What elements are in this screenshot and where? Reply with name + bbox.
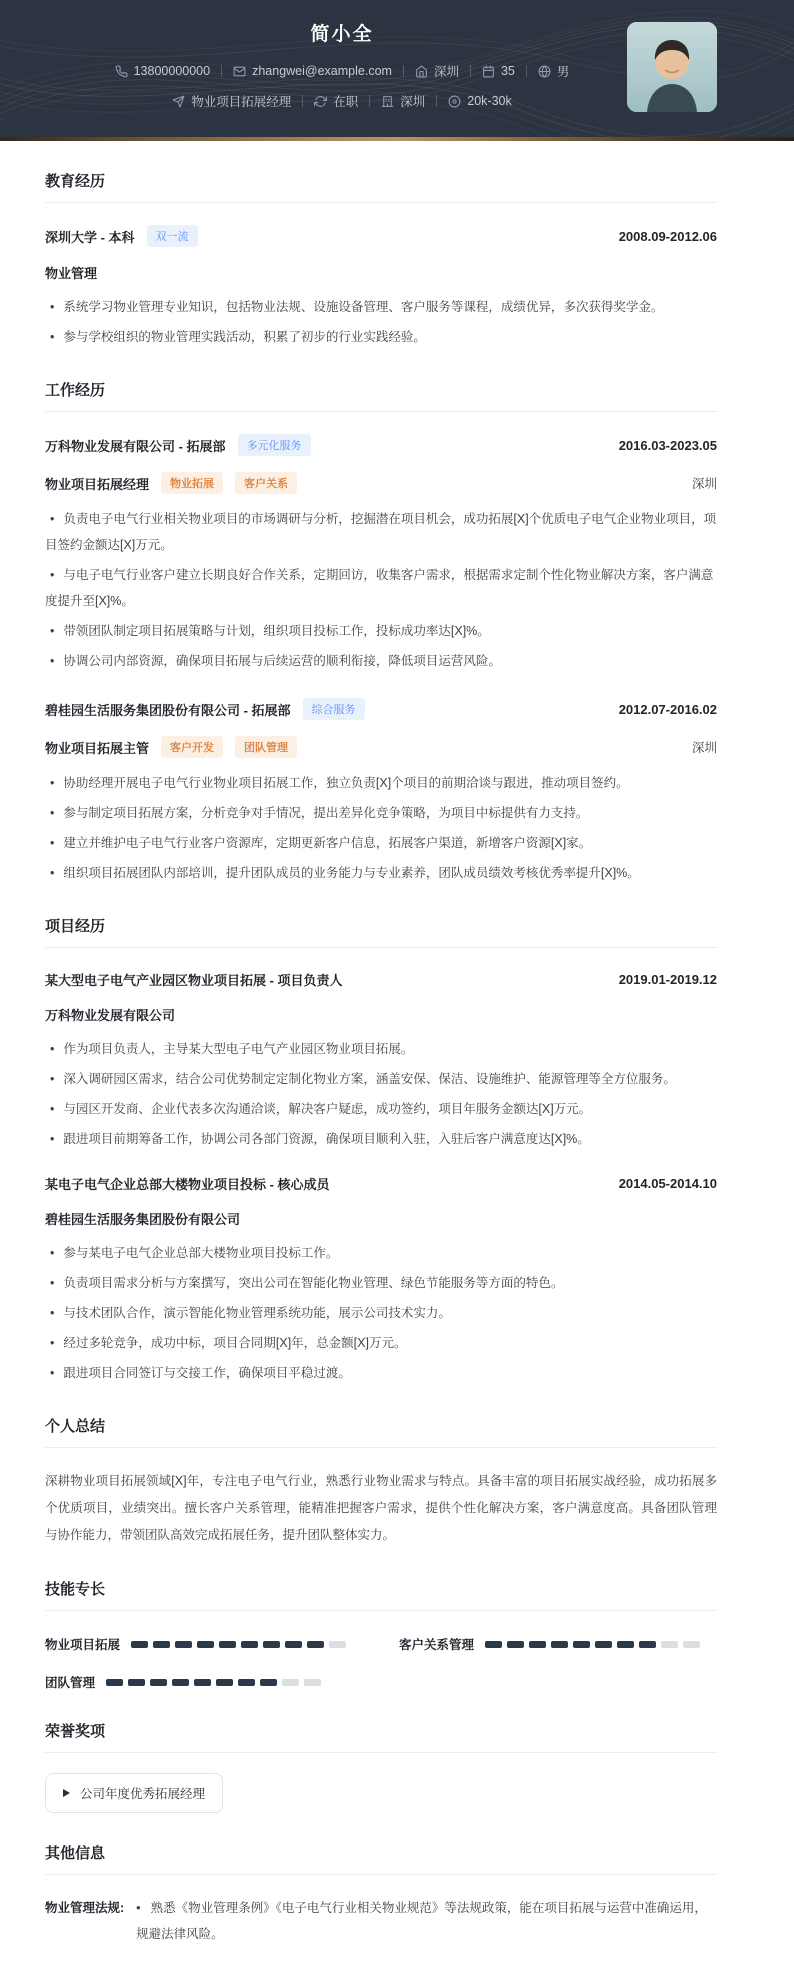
skill-segment [197,1641,214,1648]
skill-segment [131,1641,148,1648]
salary-icon [448,95,461,108]
bullet-dot: • [50,1366,54,1380]
job-title-text: 物业项目拓展经理 [191,92,291,110]
bullet-dot: • [50,1102,54,1116]
contact-row-2: 物业项目拓展经理 在职 深圳 20k-30k [172,92,512,110]
project-company: 万科物业发展有限公司 [45,1005,175,1024]
job-entry-1: 万科物业发展有限公司 - 拓展部 多元化服务 2016.03-2023.05 物… [45,434,717,674]
role-name: 物业项目拓展经理 [45,474,149,493]
job-title-item: 物业项目拓展经理 [172,92,291,110]
email-item: zhangwei@example.com [233,64,392,78]
role-tag: 团队管理 [235,736,297,758]
skill-segment [219,1641,236,1648]
list-item: •负责电子电气行业相关物业项目的市场调研与分析，挖掘潜在项目机会，成功拓展[X]… [45,506,717,558]
skill-segment [573,1641,590,1648]
gender-item: 男 [538,62,570,80]
list-item: •负责项目需求分析与方案撰写，突出公司在智能化物业管理、绿色节能服务等方面的特色… [45,1270,717,1296]
bullet-dot: • [50,1306,54,1320]
skill-segment [595,1641,612,1648]
section-title-other: 其他信息 [45,1842,717,1875]
project-header-row: 某大型电子电气产业园区物业项目拓展 - 项目负责人 2019.01-2019.1… [45,970,717,989]
skill-name: 物业项目拓展 [45,1635,120,1653]
bullet-dot: • [50,776,54,790]
skill-item: 团队管理 [45,1673,363,1691]
other-info-label: 物业管理法规: [45,1895,124,1947]
honor-item[interactable]: 公司年度优秀拓展经理 [45,1773,223,1813]
list-item: •经过多轮竞争，成功中标，项目合同期[X]年，总金额[X]万元。 [45,1330,717,1356]
section-title-summary: 个人总结 [45,1415,717,1448]
divider [369,95,370,107]
project-entry-2: 某电子电气企业总部大楼物业项目投标 - 核心成员 2014.05-2014.10… [45,1174,717,1386]
skill-segment [485,1641,502,1648]
contact-row-1: 13800000000 zhangwei@example.com 深圳 35 男 [115,62,570,80]
skill-segment [529,1641,546,1648]
divider [470,65,471,77]
divider [436,95,437,107]
city-text: 深圳 [434,62,459,80]
building-icon [381,95,394,108]
project-entry-1: 某大型电子电气产业园区物业项目拓展 - 项目负责人 2019.01-2019.1… [45,970,717,1152]
list-item: •协助经理开展电子电气行业物业项目拓展工作，独立负责[X]个项目的前期洽谈与跟进… [45,770,717,796]
bullet-dot: • [50,1336,54,1350]
other-info-row: 物业管理法规: •熟悉《物业管理条例》《电子电气行业相关物业规范》等法规政策，能… [45,1895,717,1947]
section-title-education: 教育经历 [45,170,717,203]
skill-segment [661,1641,678,1648]
job-location: 深圳 [692,474,717,492]
work-city-text: 深圳 [400,92,425,110]
job-location: 深圳 [692,738,717,756]
list-item: •跟进项目合同签订与交接工作，确保项目平稳过渡。 [45,1360,717,1386]
salary-item: 20k-30k [448,94,511,108]
skill-segment [241,1641,258,1648]
list-item: •建立并维护电子电气行业客户资源库，定期更新客户信息，拓展客户渠道，新增客户资源… [45,830,717,856]
skill-segment [153,1641,170,1648]
project-name: 某电子电气企业总部大楼物业项目投标 - 核心成员 [45,1174,330,1193]
age-item: 35 [482,64,515,78]
company-name: 碧桂园生活服务集团股份有限公司 - 拓展部 [45,700,291,719]
job-status-text: 在职 [333,92,358,110]
home-icon [415,65,428,78]
resume-header: 简小全 13800000000 zhangwei@example.com 深圳 … [0,0,794,137]
list-item: •作为项目负责人，主导某大型电子电气产业园区物业项目拓展。 [45,1036,717,1062]
skill-segment [128,1679,145,1686]
list-item: •参与制定项目拓展方案，分析竞争对手情况，提出差异化竞争策略，为项目中标提供有力… [45,800,717,826]
bullet-dot: • [50,866,54,880]
list-item: •与电子电气行业客户建立长期良好合作关系，定期回访，收集客户需求，根据需求定制个… [45,562,717,614]
school-badge: 双一流 [147,225,198,247]
gender-text: 男 [557,62,570,80]
job-bullets: •负责电子电气行业相关物业项目的市场调研与分析，挖掘潜在项目机会，成功拓展[X]… [45,506,717,674]
bullet-dot: • [50,1276,54,1290]
skill-segment [260,1679,277,1686]
role-name: 物业项目拓展主管 [45,738,149,757]
role-row: 物业项目拓展主管 客户开发 团队管理 深圳 [45,736,717,758]
globe-icon [538,65,551,78]
skill-item: 物业项目拓展 [45,1635,363,1653]
major-row: 物业管理 [45,263,717,282]
skill-segment [106,1679,123,1686]
other-info-text: •熟悉《物业管理条例》《电子电气行业相关物业规范》等法规政策，能在项目拓展与运营… [136,1895,717,1947]
skill-segment [285,1641,302,1648]
gold-accent-bar [0,137,794,141]
divider [403,65,404,77]
skill-segment [639,1641,656,1648]
skill-segment [551,1641,568,1648]
role-row: 物业项目拓展经理 物业拓展 客户关系 深圳 [45,472,717,494]
company-badge: 综合服务 [303,698,365,720]
list-item: •系统学习物业管理专业知识，包括物业法规、设施设备管理、客户服务等课程，成绩优异… [45,294,717,320]
skill-segment [263,1641,280,1648]
phone-icon [115,65,128,78]
list-item: •与技术团队合作，演示智能化物业管理系统功能，展示公司技术实力。 [45,1300,717,1326]
project-company: 碧桂园生活服务集团股份有限公司 [45,1209,240,1228]
honor-label: 公司年度优秀拓展经理 [80,1784,205,1802]
project-date: 2019.01-2019.12 [619,972,717,987]
skill-item: 客户关系管理 [399,1635,717,1653]
header-info: 简小全 13800000000 zhangwei@example.com 深圳 … [0,0,684,137]
section-education: 教育经历 深圳大学 - 本科 双一流 2008.09-2012.06 物业管理 … [45,170,717,350]
age-text: 35 [501,64,515,78]
skill-segment [329,1641,346,1648]
skill-segment [282,1679,299,1686]
skill-name: 团队管理 [45,1673,95,1691]
section-title-work: 工作经历 [45,379,717,412]
skill-bar [485,1641,700,1648]
skill-bar [106,1679,321,1686]
section-summary: 个人总结 深耕物业项目拓展领域[X]年，专注电子电气行业，熟悉行业物业需求与特点… [45,1415,717,1549]
company-name: 万科物业发展有限公司 - 拓展部 [45,436,226,455]
skill-segment [304,1679,321,1686]
skill-segment [683,1641,700,1648]
city-item: 深圳 [415,62,459,80]
bullet-dot: • [50,568,54,582]
section-skills: 技能专长 物业项目拓展 客户关系管理 团队管理 [45,1578,717,1691]
list-item: •协调公司内部资源，确保项目拓展与后续运营的顺利衔接，降低项目运营风险。 [45,648,717,674]
list-item: •深入调研园区需求，结合公司优势制定定制化物业方案，涵盖安保、保洁、设施维护、能… [45,1066,717,1092]
job-bullets: •协助经理开展电子电气行业物业项目拓展工作，独立负责[X]个项目的前期洽谈与跟进… [45,770,717,886]
project-bullets: •参与某电子电气企业总部大楼物业项目投标工作。 •负责项目需求分析与方案撰写，突… [45,1240,717,1386]
bullet-dot: • [50,1042,54,1056]
divider [221,65,222,77]
bullet-dot: • [50,624,54,638]
job-date: 2012.07-2016.02 [619,702,717,717]
skill-segment [617,1641,634,1648]
major-name: 物业管理 [45,263,97,282]
role-tag: 物业拓展 [161,472,223,494]
list-item: •组织项目拓展团队内部培训，提升团队成员的业务能力与专业素养，团队成员绩效考核优… [45,860,717,886]
skill-segment [216,1679,233,1686]
status-icon [314,95,327,108]
school-name: 深圳大学 - 本科 [45,227,135,246]
skill-segment [194,1679,211,1686]
list-item: •参与某电子电气企业总部大楼物业项目投标工作。 [45,1240,717,1266]
skill-segment [150,1679,167,1686]
resume-body: 教育经历 深圳大学 - 本科 双一流 2008.09-2012.06 物业管理 … [0,170,794,1981]
skills-grid: 物业项目拓展 客户关系管理 团队管理 [45,1635,717,1691]
job-date: 2016.03-2023.05 [619,438,717,453]
role-tag: 客户关系 [235,472,297,494]
phone-text: 13800000000 [134,64,210,78]
avatar-photo [627,22,717,112]
bullet-dot: • [50,654,54,668]
skill-bar [131,1641,346,1648]
salary-text: 20k-30k [467,94,511,108]
skill-name: 客户关系管理 [399,1635,474,1653]
bullet-dot: • [50,1132,54,1146]
section-title-honors: 荣誉奖项 [45,1720,717,1753]
skill-segment [238,1679,255,1686]
play-icon [63,1789,70,1797]
skill-segment [507,1641,524,1648]
candidate-name: 简小全 [310,19,373,46]
bullet-dot: • [50,300,54,314]
avatar-illustration [627,22,717,112]
bullet-dot: • [50,330,54,344]
education-bullets: •系统学习物业管理专业知识，包括物业法规、设施设备管理、客户服务等课程，成绩优异… [45,294,717,350]
company-row: 万科物业发展有限公司 - 拓展部 多元化服务 2016.03-2023.05 [45,434,717,456]
section-work: 工作经历 万科物业发展有限公司 - 拓展部 多元化服务 2016.03-2023… [45,379,717,886]
email-text: zhangwei@example.com [252,64,392,78]
project-name: 某大型电子电气产业园区物业项目拓展 - 项目负责人 [45,970,343,989]
section-other: 其他信息 物业管理法规: •熟悉《物业管理条例》《电子电气行业相关物业规范》等法… [45,1842,717,1947]
education-date: 2008.09-2012.06 [619,229,717,244]
project-company-row: 万科物业发展有限公司 [45,1005,717,1024]
skill-segment [175,1641,192,1648]
project-header-row: 某电子电气企业总部大楼物业项目投标 - 核心成员 2014.05-2014.10 [45,1174,717,1193]
divider [302,95,303,107]
job-status-item: 在职 [314,92,358,110]
calendar-icon [482,65,495,78]
section-honors: 荣誉奖项 公司年度优秀拓展经理 [45,1720,717,1813]
work-city-item: 深圳 [381,92,425,110]
skill-segment [172,1679,189,1686]
education-header-row: 深圳大学 - 本科 双一流 2008.09-2012.06 [45,225,717,247]
list-item: •带领团队制定项目拓展策略与计划，组织项目投标工作，投标成功率达[X]%。 [45,618,717,644]
bullet-dot: • [50,836,54,850]
divider [526,65,527,77]
bullet-dot: • [136,1901,140,1915]
phone-item: 13800000000 [115,64,210,78]
company-row: 碧桂园生活服务集团股份有限公司 - 拓展部 综合服务 2012.07-2016.… [45,698,717,720]
company-badge: 多元化服务 [238,434,311,456]
bullet-dot: • [50,512,54,526]
bullet-dot: • [50,806,54,820]
project-bullets: •作为项目负责人，主导某大型电子电气产业园区物业项目拓展。 •深入调研园区需求，… [45,1036,717,1152]
job-entry-2: 碧桂园生活服务集团股份有限公司 - 拓展部 综合服务 2012.07-2016.… [45,698,717,886]
project-date: 2014.05-2014.10 [619,1176,717,1191]
section-title-skills: 技能专长 [45,1578,717,1611]
list-item: •跟进项目前期筹备工作，协调公司各部门资源，确保项目顺利入驻，入驻后客户满意度达… [45,1126,717,1152]
section-projects: 项目经历 某大型电子电气产业园区物业项目拓展 - 项目负责人 2019.01-2… [45,915,717,1386]
list-item: •参与学校组织的物业管理实践活动，积累了初步的行业实践经验。 [45,324,717,350]
section-title-projects: 项目经历 [45,915,717,948]
bullet-dot: • [50,1246,54,1260]
summary-text: 深耕物业项目拓展领域[X]年，专注电子电气行业，熟悉行业物业需求与特点。具备丰富… [45,1468,717,1549]
project-company-row: 碧桂园生活服务集团股份有限公司 [45,1209,717,1228]
mail-icon [233,65,246,78]
list-item: •与园区开发商、企业代表多次沟通洽谈，解决客户疑虑，成功签约，项目年服务金额达[… [45,1096,717,1122]
skill-segment [307,1641,324,1648]
paper-plane-icon [172,95,185,108]
role-tag: 客户开发 [161,736,223,758]
bullet-dot: • [50,1072,54,1086]
